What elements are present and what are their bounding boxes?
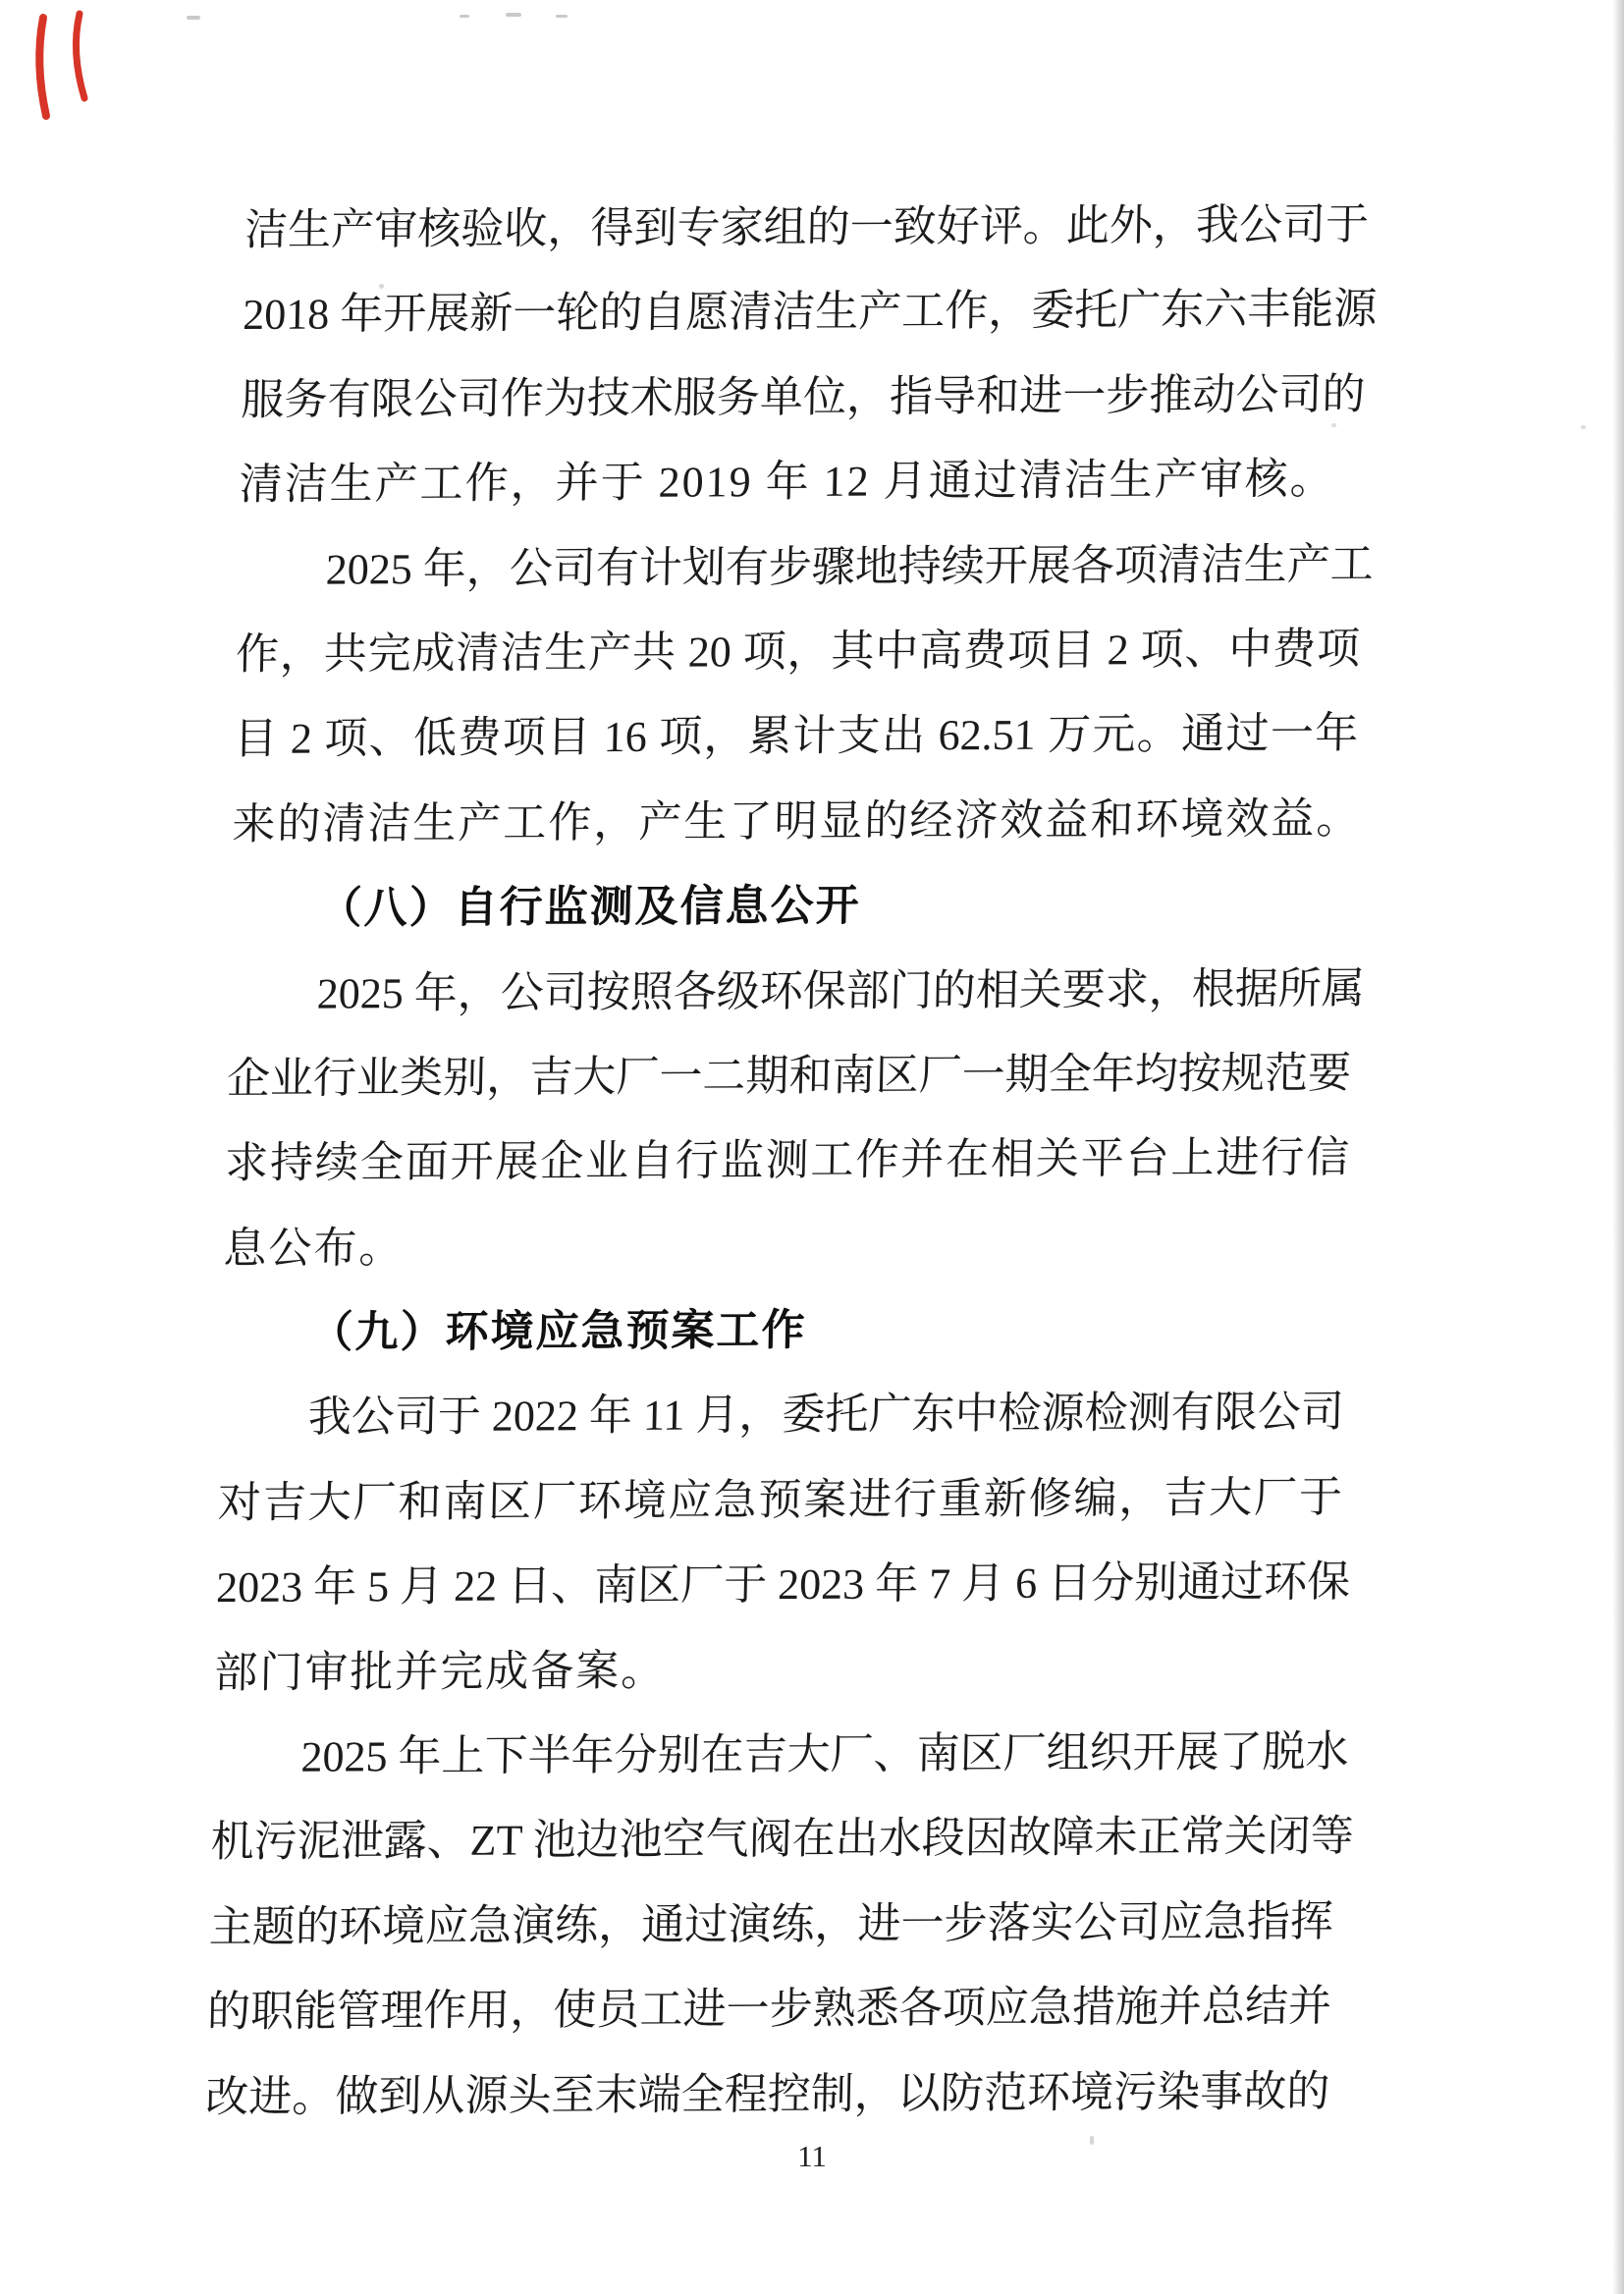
text-line: 改进。做到从源头至末端全程控制，以防范环境污染事故的: [204, 2049, 1330, 2140]
document-body: 洁生产审核验收，得到专家组的一致好评。此外，我公司于 2018 年开展新一轮的自…: [204, 183, 1370, 2140]
scan-artifact: [506, 13, 521, 17]
text-line: 2025 年上下半年分别在吉大厂、南区厂组织开展了脱水: [212, 1710, 1338, 1800]
text-line: 2018 年开展新一轮的自愿清洁生产工作，委托广东六丰能源: [242, 267, 1368, 357]
text-line: 主题的环境应急演练，通过演练，进一步落实公司应急指挥: [208, 1880, 1334, 1970]
scan-edge-shadow: [1612, 0, 1624, 2294]
text-line: 2023 年 5 月 22 日、南区厂于 2023 年 7 月 6 日分别通过环…: [215, 1540, 1341, 1630]
text-line: 洁生产审核验收，得到专家组的一致好评。此外，我公司于: [244, 183, 1370, 273]
text-line: 来的清洁生产工作，产生了明显的经济效益和环境效益。: [232, 777, 1358, 867]
scan-artifact: [556, 15, 568, 18]
section-heading-8: （八）自行监测及信息公开: [230, 861, 1356, 952]
red-pen-mark-icon: [26, 8, 100, 124]
text-line: 清洁生产工作，并于 2019 年 12 月通过清洁生产审核。: [239, 437, 1365, 527]
text-line: 服务有限公司作为技术服务单位，指导和进一步推动公司的: [241, 353, 1367, 443]
text-line: 企业行业类别，吉大厂一二期和南区厂一期全年均按规范要: [226, 1031, 1352, 1121]
page-number: 11: [0, 2137, 1624, 2176]
text-line: 部门审批并完成备案。: [213, 1625, 1339, 1716]
scan-artifact: [1581, 425, 1586, 429]
scan-artifact: [187, 16, 200, 20]
text-line: 息公布。: [222, 1201, 1348, 1291]
text-line: 2025 年，公司有计划有步骤地持续开展各项清洁生产工: [237, 522, 1363, 613]
section-heading-9: （九）环境应急预案工作: [221, 1285, 1347, 1376]
text-line: 对吉大厂和南区厂环境应急预案进行重新修编，吉大厂于: [217, 1455, 1343, 1546]
text-line: 目 2 项、低费项目 16 项，累计支出 62.51 万元。通过一年: [233, 691, 1359, 782]
scanned-document-page: 洁生产审核验收，得到专家组的一致好评。此外，我公司于 2018 年开展新一轮的自…: [0, 0, 1624, 2294]
text-line: 我公司于 2022 年 11 月，委托广东中检源检测有限公司: [219, 1371, 1345, 1461]
text-line: 的职能管理作用，使员工进一步熟悉各项应急措施并总结并: [206, 1964, 1332, 2054]
text-line: 作，共完成清洁生产共 20 项，其中高费项目 2 项、中费项: [235, 607, 1361, 697]
text-line: 2025 年，公司按照各级环保部门的相关要求，根据所属: [228, 947, 1354, 1037]
scan-artifact: [460, 15, 469, 18]
text-line: 求持续全面开展企业自行监测工作并在相关平台上进行信: [224, 1116, 1350, 1206]
text-line: 机污泥泄露、ZT 池边池空气阀在出水段因故障未正常关闭等: [210, 1795, 1336, 1885]
